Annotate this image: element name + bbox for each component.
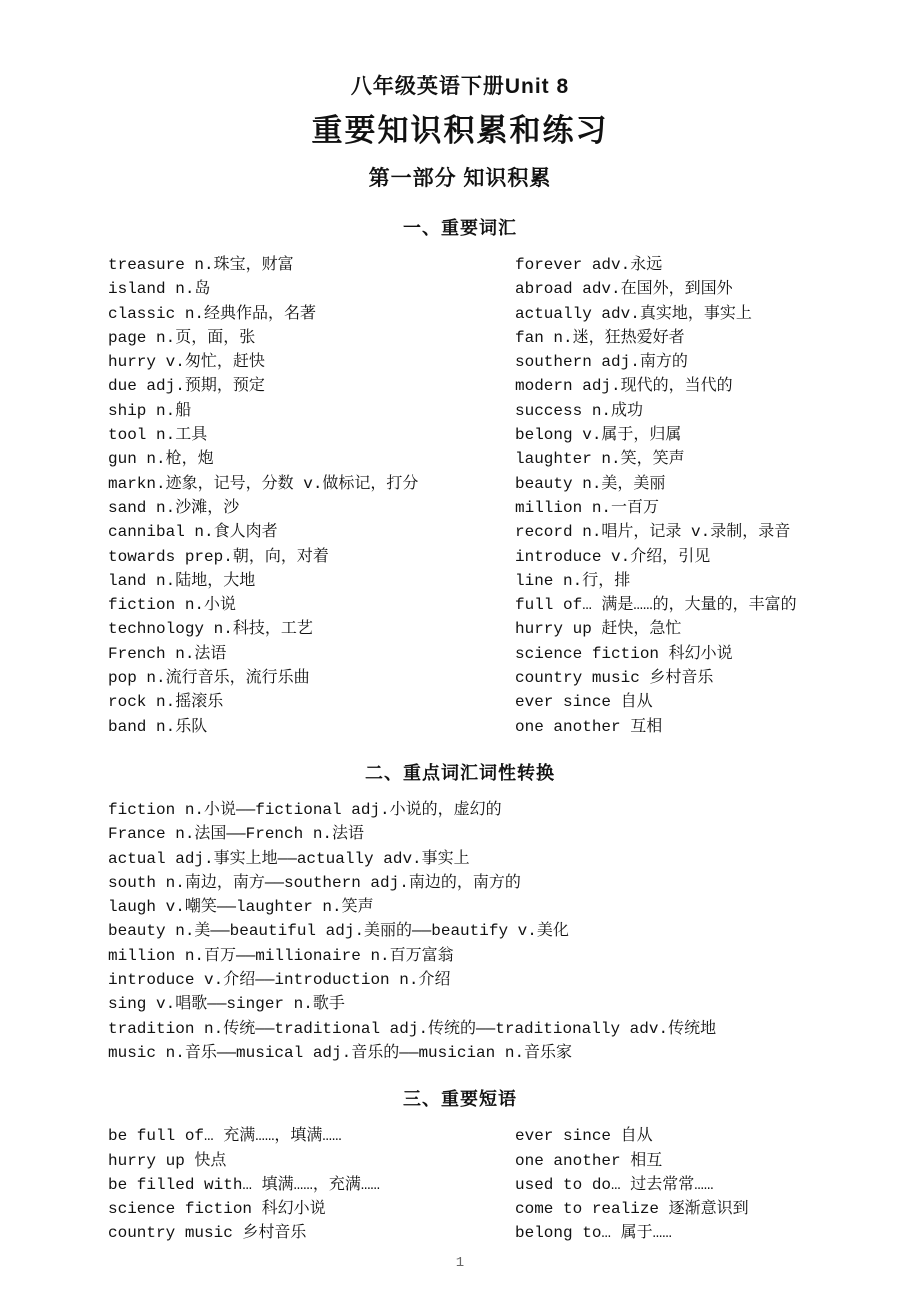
list-item: band n.乐队 xyxy=(108,715,515,739)
page-number: 1 xyxy=(0,1254,920,1272)
list-item: sing v.唱歌——singer n.歌手 xyxy=(108,992,848,1016)
list-item: fiction n.小说 xyxy=(108,593,515,617)
section-heading-phrases: 三、重要短语 xyxy=(0,1087,920,1112)
list-item: hurry up 赶快，急忙 xyxy=(515,617,848,641)
phrases-right-column: ever since 自从one another 相互used to do… 过… xyxy=(515,1124,848,1245)
section-heading-conversion: 二、重点词汇词性转换 xyxy=(0,761,920,786)
list-item: one another 相互 xyxy=(515,1149,848,1173)
list-item: actual adj.事实上地——actually adv.事实上 xyxy=(108,847,848,871)
list-item: south n.南边，南方——southern adj.南边的，南方的 xyxy=(108,871,848,895)
list-item: due adj.预期，预定 xyxy=(108,374,515,398)
list-item: pop n.流行音乐，流行乐曲 xyxy=(108,666,515,690)
section-heading-vocabulary: 一、重要词汇 xyxy=(0,216,920,241)
list-item: line n.行，排 xyxy=(515,569,848,593)
list-item: actually adv.真实地，事实上 xyxy=(515,302,848,326)
list-item: ever since 自从 xyxy=(515,690,848,714)
list-item: science fiction 科幻小说 xyxy=(515,642,848,666)
list-item: technology n.科技，工艺 xyxy=(108,617,515,641)
list-item: laugh v.嘲笑——laughter n.笑声 xyxy=(108,895,848,919)
list-item: fan n.迷，狂热爱好者 xyxy=(515,326,848,350)
list-item: tradition n.传统——traditional adj.传统的——tra… xyxy=(108,1017,848,1041)
list-item: country music 乡村音乐 xyxy=(515,666,848,690)
list-item: forever adv.永远 xyxy=(515,253,848,277)
list-item: fiction n.小说——fictional adj.小说的，虚幻的 xyxy=(108,798,848,822)
part-title: 第一部分 知识积累 xyxy=(0,164,920,194)
list-item: science fiction 科幻小说 xyxy=(108,1197,515,1221)
list-item: France n.法国——French n.法语 xyxy=(108,822,848,846)
list-item: beauty n.美——beautiful adj.美丽的——beautify … xyxy=(108,919,848,943)
vocabulary-list: treasure n.珠宝，财富island n.岛classic n.经典作品… xyxy=(108,253,848,739)
list-item: used to do… 过去常常…… xyxy=(515,1173,848,1197)
list-item: gun n.枪，炮 xyxy=(108,447,515,471)
phrases-left-column: be full of… 充满……，填满……hurry up 快点be fille… xyxy=(108,1124,515,1245)
list-item: hurry up 快点 xyxy=(108,1149,515,1173)
list-item: tool n.工具 xyxy=(108,423,515,447)
list-item: island n.岛 xyxy=(108,277,515,301)
list-item: treasure n.珠宝，财富 xyxy=(108,253,515,277)
list-item: markn.迹象，记号，分数 v.做标记，打分 xyxy=(108,472,515,496)
list-item: ever since 自从 xyxy=(515,1124,848,1148)
list-item: page n.页，面，张 xyxy=(108,326,515,350)
list-item: come to realize 逐渐意识到 xyxy=(515,1197,848,1221)
list-item: modern adj.现代的，当代的 xyxy=(515,374,848,398)
list-item: ship n.船 xyxy=(108,399,515,423)
phrases-list: be full of… 充满……，填满……hurry up 快点be fille… xyxy=(108,1124,848,1245)
list-item: towards prep.朝，向，对着 xyxy=(108,545,515,569)
list-item: cannibal n.食人肉者 xyxy=(108,520,515,544)
list-item: be filled with… 填满……，充满…… xyxy=(108,1173,515,1197)
list-item: full of… 满是……的，大量的，丰富的 xyxy=(515,593,848,617)
list-item: one another 互相 xyxy=(515,715,848,739)
list-item: record n.唱片，记录 v.录制，录音 xyxy=(515,520,848,544)
list-item: sand n.沙滩，沙 xyxy=(108,496,515,520)
list-item: rock n.摇滚乐 xyxy=(108,690,515,714)
list-item: be full of… 充满……，填满…… xyxy=(108,1124,515,1148)
list-item: southern adj.南方的 xyxy=(515,350,848,374)
list-item: introduce v.介绍，引见 xyxy=(515,545,848,569)
list-item: music n.音乐——musical adj.音乐的——musician n.… xyxy=(108,1041,848,1065)
vocabulary-right-column: forever adv.永远abroad adv.在国外，到国外actually… xyxy=(515,253,848,739)
document-page: 八年级英语下册Unit 8 重要知识积累和练习 第一部分 知识积累 一、重要词汇… xyxy=(0,0,920,1302)
list-item: beauty n.美，美丽 xyxy=(515,472,848,496)
list-item: million n.一百万 xyxy=(515,496,848,520)
list-item: land n.陆地，大地 xyxy=(108,569,515,593)
list-item: belong to… 属于…… xyxy=(515,1221,848,1245)
list-item: million n.百万——millionaire n.百万富翁 xyxy=(108,944,848,968)
list-item: hurry v.匆忙，赶快 xyxy=(108,350,515,374)
list-item: country music 乡村音乐 xyxy=(108,1221,515,1245)
list-item: introduce v.介绍——introduction n.介绍 xyxy=(108,968,848,992)
doc-title: 重要知识积累和练习 xyxy=(0,110,920,152)
list-item: belong v.属于，归属 xyxy=(515,423,848,447)
doc-subtitle: 八年级英语下册Unit 8 xyxy=(0,72,920,102)
conversion-list: fiction n.小说——fictional adj.小说的，虚幻的Franc… xyxy=(108,798,848,1065)
vocabulary-left-column: treasure n.珠宝，财富island n.岛classic n.经典作品… xyxy=(108,253,515,739)
list-item: classic n.经典作品，名著 xyxy=(108,302,515,326)
list-item: laughter n.笑，笑声 xyxy=(515,447,848,471)
list-item: success n.成功 xyxy=(515,399,848,423)
list-item: abroad adv.在国外，到国外 xyxy=(515,277,848,301)
list-item: French n.法语 xyxy=(108,642,515,666)
